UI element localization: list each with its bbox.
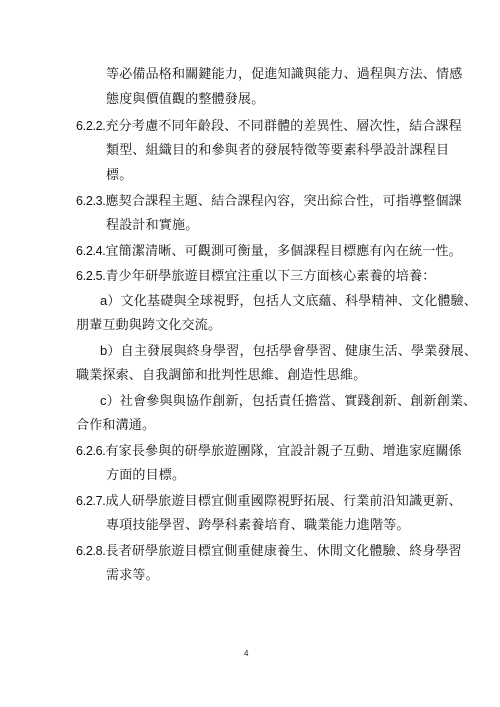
clause-6-2-4: 6.2.4.宜簡潔清晰、可觀測可衡量，多個課程目標應有內在統一性。 [76, 243, 462, 260]
text-line: 應契合課程主題、結合課程內容，突出綜合性，可指導整個課 [105, 194, 461, 209]
text-line: 需求等。 [106, 568, 159, 584]
clause-6-2-8: 6.2.8.長者研學旅遊目標宜側重健康養生、休閒文化體驗、終身學習 [76, 543, 462, 560]
text-line: 合作和溝通。 [76, 418, 155, 434]
text-line: 文化基礎與全球視野，包括人文底蘊、科學精神、文化體驗、 [121, 294, 477, 309]
text-line: 成人研學旅遊目標宜側重國際視野拓展、行業前沿知識更新、 [105, 494, 461, 509]
clause-6-2-5: 6.2.5.青少年研學旅遊目標宜注重以下三方面核心素養的培養： [76, 268, 436, 285]
text-line: 長者研學旅遊目標宜側重健康養生、休閒文化體驗、終身學習 [105, 544, 461, 559]
clause-number: 6.2.2. [76, 119, 105, 133]
clause-6-2-3: 6.2.3.應契合課程主題、結合課程內容，突出綜合性，可指導整個課 [76, 193, 462, 210]
clause-number: 6.2.6. [76, 444, 105, 458]
item-label: b） [100, 343, 121, 358]
item-a: a）文化基礎與全球視野，包括人文底蘊、科學精神、文化體驗、 [100, 293, 477, 310]
text-line: 職業探索、自我調節和批判性思維、創造性思維。 [76, 368, 366, 384]
clause-6-2-2: 6.2.2.充分考慮不同年齡段、不同群體的差異性、層次性，結合課程 [76, 118, 462, 135]
clause-6-2-7: 6.2.7.成人研學旅遊目標宜側重國際視野拓展、行業前沿知識更新、 [76, 493, 462, 510]
clause-number: 6.2.4. [76, 244, 105, 258]
text-line: 宜簡潔清晰、可觀測可衡量，多個課程目標應有內在統一性。 [105, 244, 461, 259]
clause-number: 6.2.5. [76, 269, 105, 283]
clause-6-2-6: 6.2.6.有家長參與的研學旅遊團隊，宜設計親子互動、增進家庭關係 [76, 443, 462, 460]
text-line: 青少年研學旅遊目標宜注重以下三方面核心素養的培養： [105, 269, 435, 284]
clause-number: 6.2.7. [76, 494, 105, 508]
text-line: 專項技能學習、跨學科素養培育、職業能力進階等。 [106, 518, 410, 534]
clause-number: 6.2.3. [76, 194, 105, 208]
item-label: a） [100, 293, 121, 308]
text-line: 標。 [106, 168, 132, 184]
text-line: 自主發展與終身學習，包括學會學習、健康生活、學業發展、 [121, 344, 477, 359]
text-line: 充分考慮不同年齡段、不同群體的差異性、層次性，結合課程 [105, 119, 461, 134]
text-line: 社會參與與協作創新，包括責任擔當、實踐創新、創新創業、 [120, 394, 476, 409]
text-line: 有家長參與的研學旅遊團隊，宜設計親子互動、增進家庭關係 [105, 444, 461, 459]
document-page: 等必備品格和關鍵能力，促進知識與能力、過程與方法、情感 態度與價值觀的整體發展。… [0, 0, 500, 707]
text-line: 朋輩互動與跨文化交流。 [76, 318, 221, 334]
text-line: 程設計和實施。 [106, 218, 198, 234]
item-label: c） [100, 393, 120, 408]
clause-number: 6.2.8. [76, 544, 105, 558]
item-c: c）社會參與與協作創新，包括責任擔當、實踐創新、創新創業、 [100, 393, 476, 410]
text-line: 等必備品格和關鍵能力，促進知識與能力、過程與方法、情感 [106, 67, 462, 83]
text-line: 態度與價值觀的整體發展。 [106, 92, 264, 108]
item-b: b）自主發展與終身學習，包括學會學習、健康生活、學業發展、 [100, 343, 477, 360]
text-line: 類型、組織目的和參與者的發展特徵等要素科學設計課程目 [106, 143, 449, 159]
text-line: 方面的目標。 [106, 468, 185, 484]
page-number: 4 [244, 649, 248, 658]
